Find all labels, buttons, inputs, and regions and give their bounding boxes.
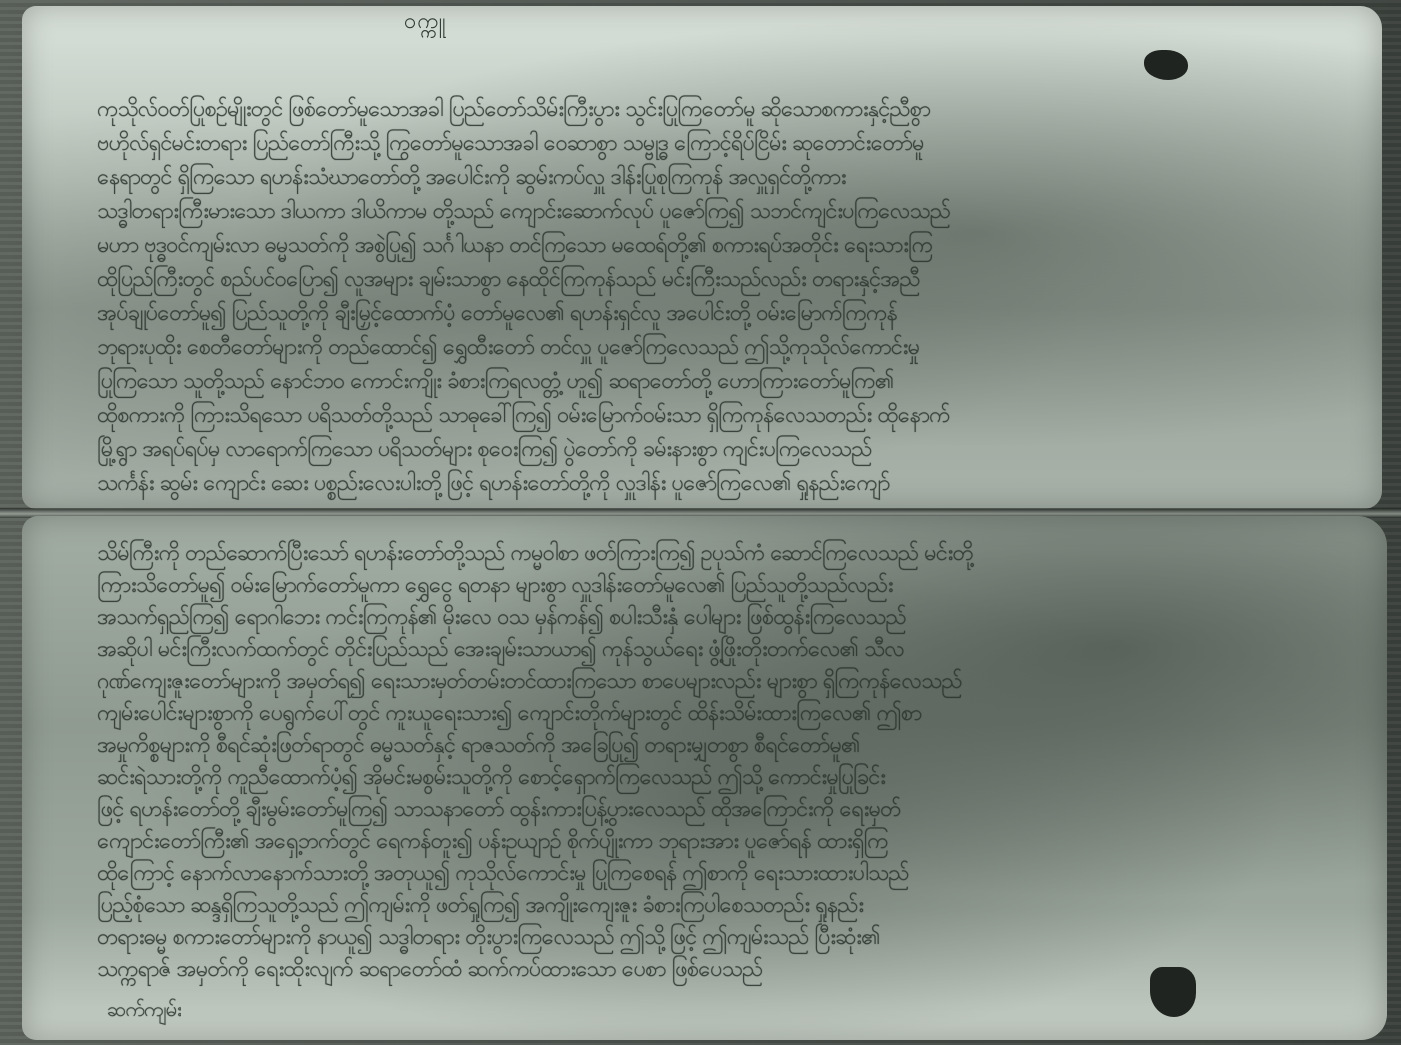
- text-line: တရားဓမ္မ စကားတော်များကို နာယူ၍ သဒ္ဓါတရား…: [97, 922, 1367, 955]
- text-line: ပြုကြသော သူတို့သည် နောင်ဘဝ ကောင်းကျိုး ခ…: [97, 366, 1362, 399]
- text-line: ဖြင့် ရဟန်းတော်တို့ ချီးမွမ်းတော်မူကြ၍ သ…: [97, 794, 1367, 827]
- text-line: အသက်ရှည်ကြ၍ ရောဂါဘေး ကင်းကြကုန်၏ မိုးလေ …: [97, 602, 1367, 635]
- text-line: မဟာ ဗုဒ္ဓဝင်ကျမ်းလာ ဓမ္မသတ်ကို အစွဲပြု၍ …: [97, 230, 1362, 263]
- text-line: ပြည့်စုံသော ဆန္ဒရှိကြသူတို့သည် ဤကျမ်းကို…: [97, 890, 1367, 923]
- text-line: သိမ်ကြီးကို တည်ဆောက်ပြီးသော် ရဟန်းတော်တိ…: [97, 538, 1367, 571]
- text-line: မြို့ရွာ အရပ်ရပ်မှ လာရောက်ကြသော ပရိသတ်မျ…: [97, 434, 1362, 467]
- text-line: ထိုကြောင့် နောက်လာနောက်သားတို့ အတုယူ၍ ကု…: [97, 858, 1367, 891]
- text-line: ကြားသိတော်မူ၍ ဝမ်းမြောက်တော်မူကာ ရွှေငွေ…: [97, 570, 1367, 603]
- text-line: ဘုရားပုထိုး စေတီတော်များကို တည်ထောင်၍ ရွ…: [97, 332, 1362, 365]
- text-line: ထိုပြည်ကြီးတွင် စည်ပင်ဝပြော၍ လူအများ ချမ…: [97, 264, 1362, 297]
- string-hole-icon: [1144, 50, 1188, 80]
- bottom-palm-leaf: သိမ်ကြီးကို တည်ဆောက်ပြီးသော် ရဟန်းတော်တိ…: [22, 516, 1387, 1040]
- text-line: နေရာတွင် ရှိကြသော ရဟန်းသံဃာတော်တို့ အပေါ…: [97, 162, 1362, 195]
- text-line: ကျမ်းပေါင်းများစွာကို ပေရွက်ပေါ်တွင် ကူး…: [97, 698, 1367, 731]
- text-line: ကုသိုလ်ဝတ်ပြုစဉ်မျိုးတွင် ဖြစ်တော်မူသောအ…: [97, 94, 1362, 127]
- text-line: သင်္ကန်း ဆွမ်း ကျောင်း ဆေး ပစ္စည်းလေးပါး…: [97, 468, 1362, 501]
- text-line: ဗဟိုလ်ရှင်မင်းတရား ပြည်တော်ကြီးသို့ ကြွတ…: [97, 128, 1362, 161]
- string-hole-icon: [1150, 967, 1196, 1017]
- text-line: သဒ္ဓါတရားကြီးမားသော ဒါယကာ ဒါယိကာမ တို့သည…: [97, 196, 1362, 229]
- bottom-note: ဆက်ကျမ်း: [107, 996, 181, 1026]
- text-line: ဂုဏ်ကျေးဇူးတော်များကို အမှတ်ရ၍ ရေးသားမှတ…: [97, 666, 1367, 699]
- text-line: ဆင်းရဲသားတို့ကို ကူညီထောက်ပံ့၍ အိုမင်းမစ…: [97, 762, 1367, 795]
- text-line: ထိုစကားကို ကြားသိရသော ပရိသတ်တို့သည် သာဓု…: [97, 400, 1362, 433]
- text-line: အမှုကိစ္စများကို စီရင်ဆုံးဖြတ်ရာတွင် ဓမ္…: [97, 730, 1367, 763]
- page-marker: ဝက္ကူ: [404, 6, 446, 39]
- top-palm-leaf: ဝက္ကူ ကုသိုလ်ဝတ်ပြုစဉ်မျိုးတွင် ဖြစ်တော်…: [22, 6, 1382, 509]
- text-line: အဆိုပါ မင်းကြီးလက်ထက်တွင် တိုင်းပြည်သည် …: [97, 634, 1367, 667]
- text-line: အုပ်ချုပ်တော်မူ၍ ပြည်သူတို့ကို ချီးမြှင့…: [97, 298, 1362, 331]
- text-line: ကျောင်းတော်ကြီး၏ အရှေ့ဘက်တွင် ရေကန်တူး၍ …: [97, 826, 1367, 859]
